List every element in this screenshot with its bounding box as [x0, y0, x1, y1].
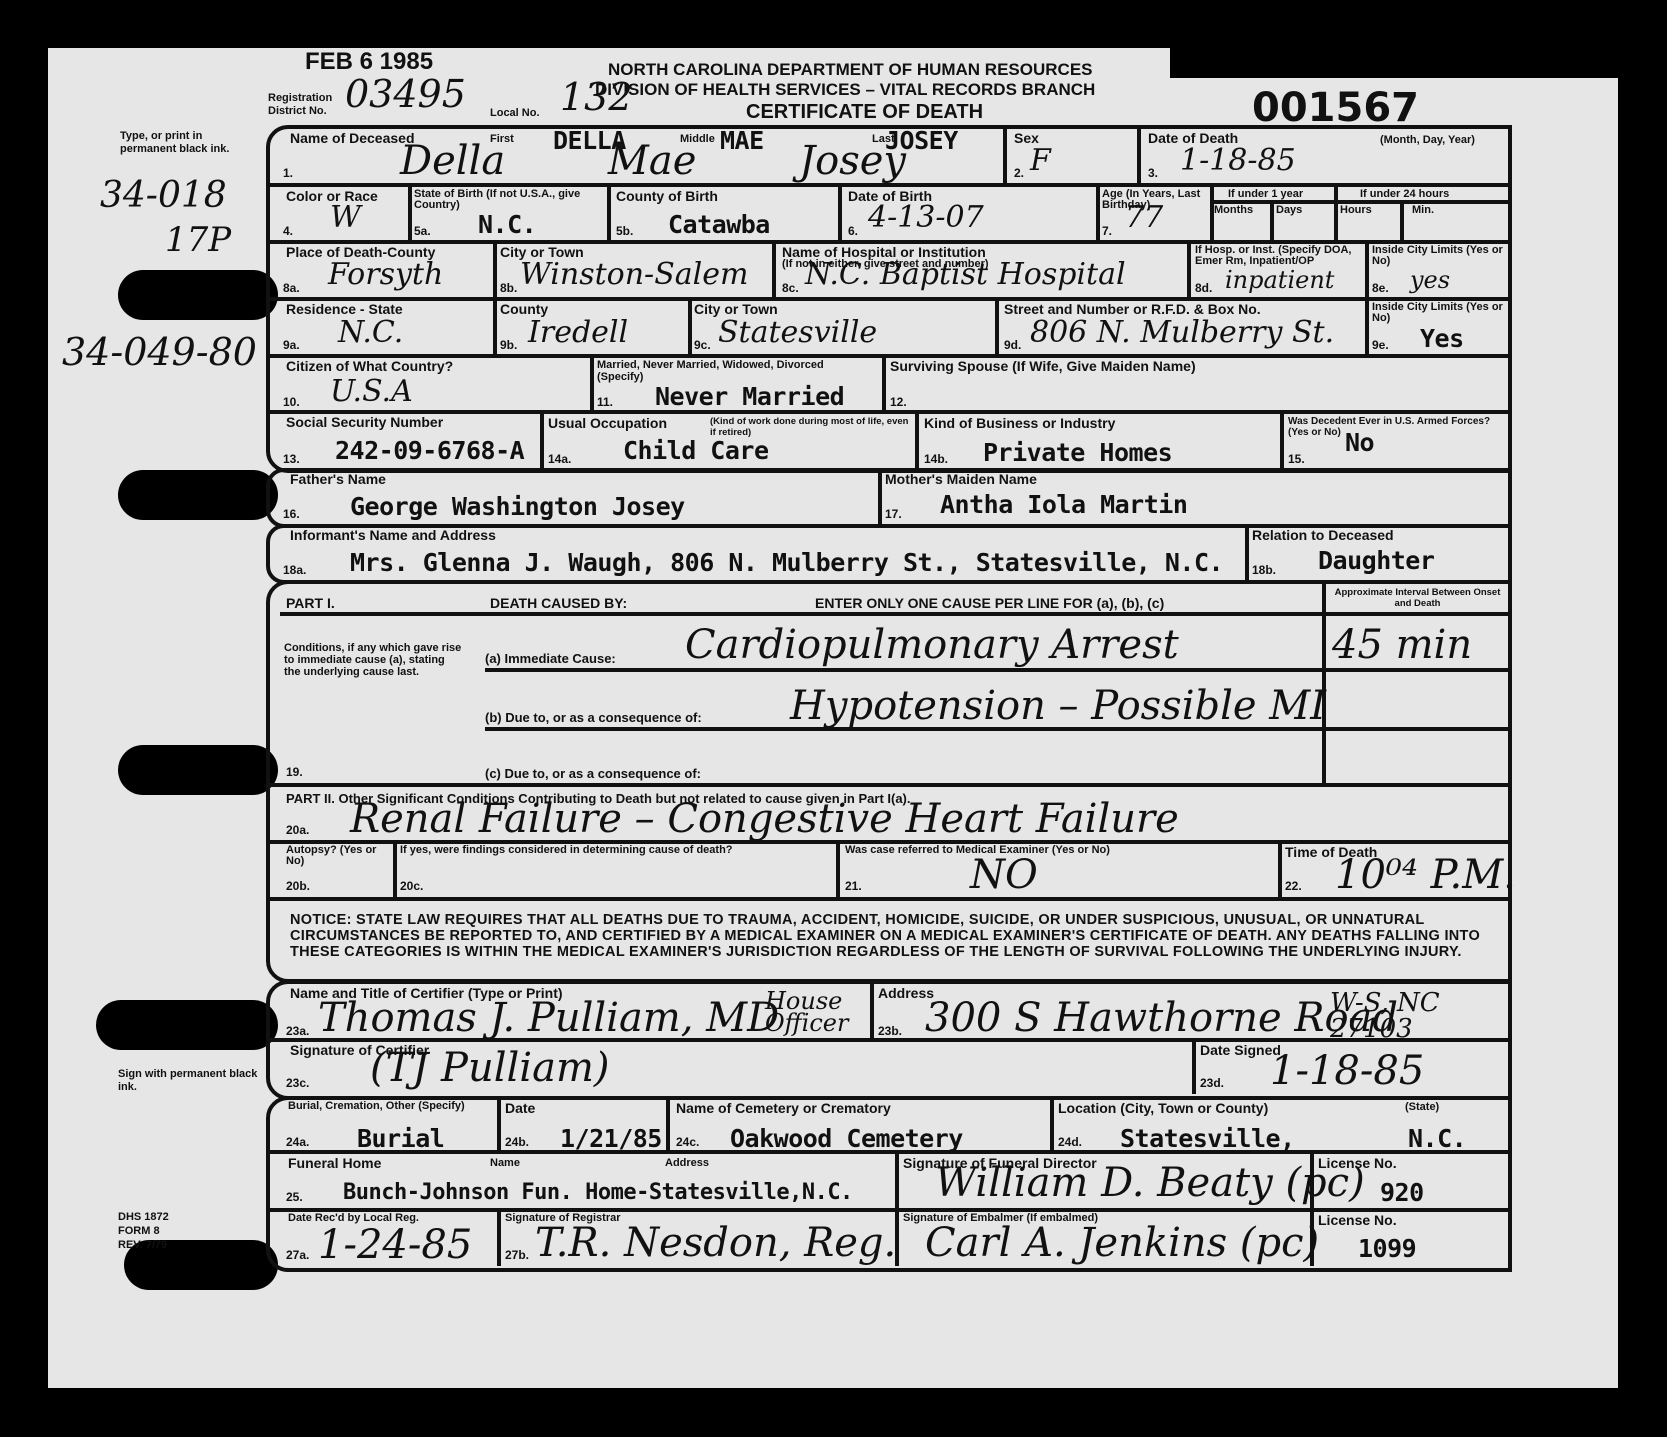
immediate-cause-value: Cardiopulmonary Arrest [685, 622, 1179, 668]
mother-label: Mother's Maiden Name [885, 472, 1037, 486]
instruction-type-print: Type, or print in permanent black ink. [120, 130, 240, 156]
county-of-birth-label: County of Birth [616, 189, 718, 203]
disposition-date-value: 1/21/85 [560, 1124, 662, 1153]
disposition-method-value: Burial [357, 1124, 444, 1153]
medical-examiner-value: NO [970, 852, 1038, 898]
autopsy-label: Autopsy? (Yes or No) [286, 845, 386, 867]
instruction-sign: Sign with permanent black ink. [118, 1068, 268, 1094]
disposition-date-label: Date [505, 1101, 535, 1115]
immediate-cause-interval: 45 min [1332, 622, 1472, 668]
citizen-value: U.S.A [330, 374, 413, 409]
part1-label: PART I. [286, 596, 335, 610]
immediate-cause-label: (a) Immediate Cause: [485, 652, 616, 666]
residence-state-label: Residence - State [286, 302, 403, 316]
medical-examiner-notice: NOTICE: STATE LAW REQUIRES THAT ALL DEAT… [290, 912, 1505, 960]
relation-label: Relation to Deceased [1252, 528, 1394, 542]
place-of-death-city-value: Winston-Salem [520, 257, 748, 292]
occupation-hint: (Kind of work done during most of life, … [710, 416, 910, 438]
marital-status-label: Married, Never Married, Widowed, Divorce… [597, 359, 847, 383]
page-title: CERTIFICATE OF DEATH [746, 101, 983, 124]
findings-label: If yes, were findings considered in dete… [400, 845, 733, 856]
relation-value: Daughter [1318, 546, 1434, 575]
date-signed-label: Date Signed [1200, 1043, 1281, 1057]
form-id-line2: FORM 8 [118, 1226, 160, 1237]
registration-district-value: 03495 [345, 72, 466, 116]
one-cause-per-line-label: ENTER ONLY ONE CAUSE PER LINE FOR (a), (… [815, 596, 1164, 610]
funeral-home-value: Bunch-Johnson Fun. Home-Statesville,N.C. [343, 1180, 853, 1205]
binder-hole [118, 470, 278, 520]
surviving-spouse-label: Surviving Spouse (If Wife, Give Maiden N… [890, 359, 1196, 373]
certifier-address-city: W-S, NC 27103 [1330, 990, 1500, 1042]
months-label: Months [1214, 205, 1253, 216]
location-value: Statesville, [1120, 1124, 1295, 1153]
informant-value: Mrs. Glenna J. Waugh, 806 N. Mulberry St… [350, 548, 1223, 577]
binder-hole [96, 1000, 278, 1050]
date-of-birth-value: 4-13-07 [868, 200, 984, 235]
disposition-state-value: N.C. [1408, 1124, 1466, 1153]
embalmer-signature: Carl A. Jenkins (pc) [925, 1220, 1319, 1266]
industry-value: Private Homes [983, 438, 1172, 467]
death-inside-city-value: yes [1410, 266, 1450, 294]
margin-note-code: 17P [165, 220, 231, 260]
form-id-line1: DHS 1872 [118, 1212, 169, 1223]
hospital-value: N.C. Baptist Hospital [805, 257, 1126, 292]
under-24-hours-label: If under 24 hours [1360, 189, 1449, 200]
armed-forces-value: No [1345, 428, 1374, 457]
father-value: George Washington Josey [350, 492, 685, 521]
certificate-number: 001567 [1252, 88, 1419, 128]
certifier-title-value: House Officer [765, 990, 865, 1034]
date-received-value: 1-24-85 [318, 1222, 472, 1268]
marital-status-value: Never Married [655, 382, 844, 411]
ssn-value: 242-09-6768-A [335, 436, 524, 465]
state-of-birth-value: N.C. [478, 210, 536, 239]
embalmer-license-label: License No. [1318, 1213, 1397, 1227]
funeral-director-signature: William D. Beaty (pc) [935, 1160, 1365, 1206]
department-heading: NORTH CAROLINA DEPARTMENT OF HUMAN RESOU… [608, 60, 1093, 80]
funeral-address-label: Address [665, 1158, 709, 1169]
residence-inside-city-value: Yes [1420, 324, 1464, 353]
race-value: W [330, 200, 361, 235]
due-to-b-value: Hypotension – Possible MI [790, 683, 1326, 729]
days-label: Days [1276, 205, 1302, 216]
due-to-c-label: (c) Due to, or as a consequence of: [485, 767, 701, 781]
conditions-note: Conditions, if any which gave rise to im… [284, 642, 464, 678]
residence-city-value: Statesville [718, 315, 877, 350]
residence-county-label: County [500, 302, 548, 316]
ssn-label: Social Security Number [286, 415, 443, 429]
patient-status-label: If Hosp. or Inst. (Specify DOA, Emer Rm,… [1195, 245, 1365, 267]
funeral-name-label: Name [490, 1158, 520, 1169]
residence-state-value: N.C. [338, 315, 403, 350]
death-inside-city-label: Inside City Limits (Yes or No) [1372, 245, 1507, 267]
name-handwritten: Della Mae Josey [400, 138, 906, 184]
residence-street-value: 806 N. Mulberry St. [1030, 315, 1334, 350]
name-of-deceased-label: Name of Deceased [290, 131, 415, 145]
certifier-address-value: 300 S Hawthorne Road [925, 995, 1398, 1041]
hours-label: Hours [1340, 205, 1372, 216]
date-of-death-value: 1-18-85 [1180, 143, 1296, 178]
min-label: Min. [1412, 205, 1434, 216]
margin-note-reference: 34-049-80 [62, 330, 257, 374]
death-caused-by-label: DEATH CAUSED BY: [490, 596, 627, 610]
cemetery-value: Oakwood Cemetery [730, 1124, 963, 1153]
father-label: Father's Name [290, 472, 386, 486]
interval-label: Approximate Interval Between Onset and D… [1330, 587, 1505, 609]
cemetery-label: Name of Cemetery or Crematory [676, 1101, 891, 1115]
armed-forces-label: Was Decedent Ever in U.S. Armed Forces? … [1288, 416, 1498, 438]
binder-hole [118, 745, 278, 795]
certifier-signature: (TJ Pulliam) [370, 1045, 609, 1091]
mother-value: Antha Iola Martin [940, 490, 1187, 519]
date-signed-value: 1-18-85 [1270, 1048, 1424, 1094]
scan-shadow [1170, 0, 1620, 78]
local-no-value: 132 [560, 75, 633, 119]
funeral-license-label: License No. [1318, 1156, 1397, 1170]
under-1-year-label: If under 1 year [1228, 189, 1303, 200]
industry-label: Kind of Business or Industry [924, 416, 1115, 430]
residence-county-value: Iredell [528, 315, 628, 350]
sex-value: F [1030, 143, 1051, 178]
registration-district-label: Registration District No. [268, 92, 348, 118]
due-to-b-label: (b) Due to, or as a consequence of: [485, 711, 702, 725]
occupation-label: Usual Occupation [548, 416, 667, 430]
location-label: Location (City, Town or County) [1058, 1101, 1268, 1115]
funeral-home-label: Funeral Home [288, 1156, 381, 1170]
certifier-name-value: Thomas J. Pulliam, MD [318, 995, 779, 1041]
occupation-value: Child Care [623, 436, 769, 465]
date-of-death-hint: (Month, Day, Year) [1380, 135, 1475, 146]
place-of-death-county-value: Forsyth [328, 257, 443, 292]
form-id-line3: REV. 7/79 [118, 1240, 167, 1251]
residence-city-label: City or Town [694, 302, 778, 316]
disposition-method-label: Burial, Cremation, Other (Specify) [288, 1101, 493, 1112]
embalmer-license-value: 1099 [1358, 1234, 1416, 1263]
residence-street-label: Street and Number or R.F.D. & Box No. [1004, 302, 1261, 316]
margin-note-file-number: 34-018 [100, 175, 227, 216]
residence-inside-city-label: Inside City Limits (Yes or No) [1372, 302, 1507, 324]
state-of-birth-label: State of Birth (If not U.S.A., give Coun… [414, 189, 604, 211]
county-of-birth-value: Catawba [668, 210, 770, 239]
age-value: 77 [1125, 200, 1163, 235]
binder-hole [118, 270, 278, 320]
received-stamp: FEB 6 1985 [305, 50, 433, 74]
local-no-label: Local No. [490, 108, 540, 119]
informant-label: Informant's Name and Address [290, 528, 496, 542]
patient-status-value: inpatient [1225, 266, 1334, 294]
division-heading: DIVISION OF HEALTH SERVICES – VITAL RECO… [595, 80, 1095, 100]
time-of-death-value: 10⁰⁴ P.M. [1335, 852, 1516, 898]
funeral-license-value: 920 [1380, 1178, 1424, 1207]
disposition-state-label: (State) [1405, 1102, 1439, 1113]
part2-value: Renal Failure – Congestive Heart Failure [350, 796, 1179, 842]
citizen-label: Citizen of What Country? [286, 359, 453, 373]
registrar-signature: T.R. Nesdon, Reg. [535, 1220, 896, 1266]
